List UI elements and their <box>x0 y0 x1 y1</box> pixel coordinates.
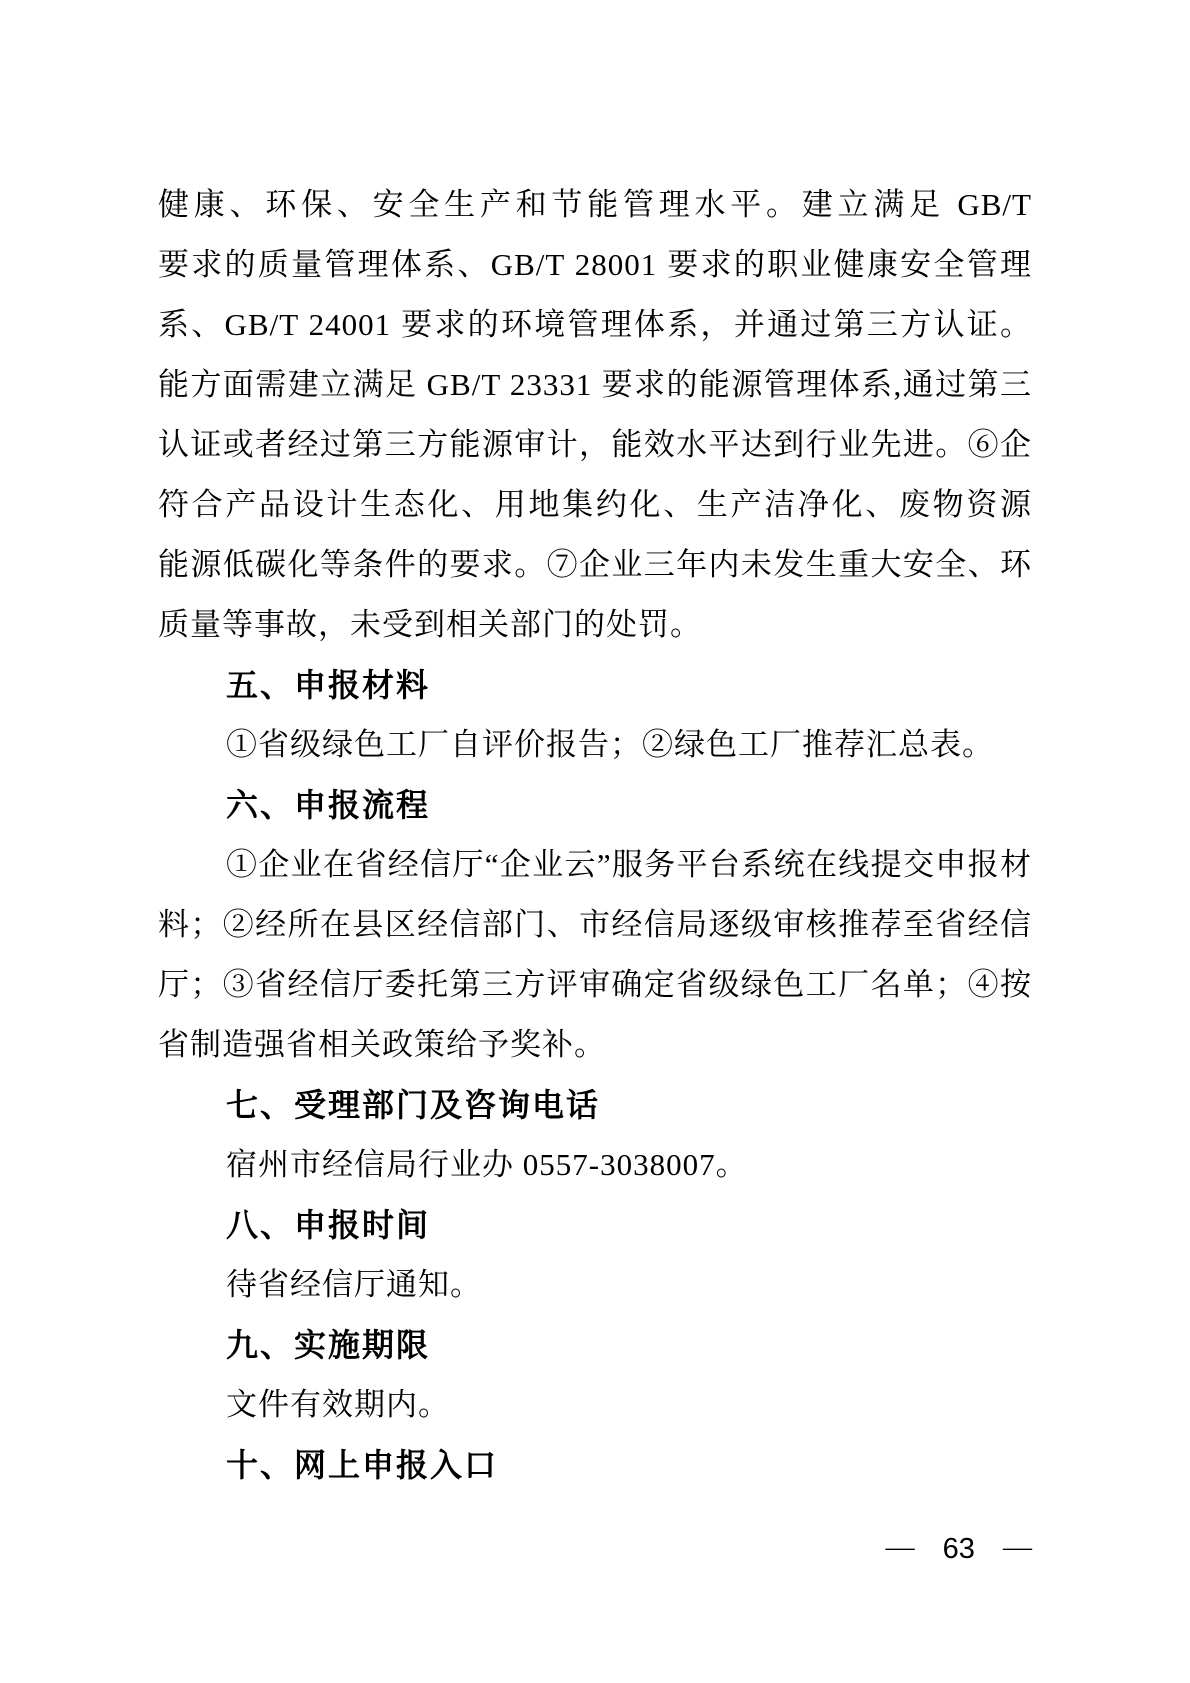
text-line: ①企业在省经信厅“企业云”服务平台系统在线提交申报材 <box>158 835 1032 895</box>
text-line: 健康、环保、安全生产和节能管理水平。建立满足 GB/T 19001 <box>158 175 1032 235</box>
text-line: 能源低碳化等条件的要求。⑦企业三年内未发生重大安全、环境、 <box>158 535 1032 595</box>
footer-dash-left: — <box>886 1531 915 1563</box>
section-heading: 六、申报流程 <box>158 775 1032 835</box>
section-heading: 十、网上申报入口 <box>158 1435 1032 1495</box>
text-line: 质量等事故，未受到相关部门的处罚。 <box>158 595 1032 655</box>
footer-dash-right: — <box>1003 1531 1032 1563</box>
text-line: 待省经信厅通知。 <box>158 1255 1032 1315</box>
text-line: 厅；③省经信厅委托第三方评审确定省级绿色工厂名单；④按 <box>158 955 1032 1015</box>
text-line: 省制造强省相关政策给予奖补。 <box>158 1015 1032 1075</box>
text-line: 能方面需建立满足 GB/T 23331 要求的能源管理体系,通过第三方 <box>158 355 1032 415</box>
section-heading: 九、实施期限 <box>158 1315 1032 1375</box>
page-number: 63 <box>943 1533 975 1565</box>
text-line: 料；②经所在县区经信部门、市经信局逐级审核推荐至省经信 <box>158 895 1032 955</box>
document-body: 健康、环保、安全生产和节能管理水平。建立满足 GB/T 19001要求的质量管理… <box>158 175 1032 1495</box>
text-line: 认证或者经过第三方能源审计，能效水平达到行业先进。⑥企业 <box>158 415 1032 475</box>
section-heading: 七、受理部门及咨询电话 <box>158 1075 1032 1135</box>
section-heading: 八、申报时间 <box>158 1195 1032 1255</box>
text-line: 文件有效期内。 <box>158 1375 1032 1435</box>
text-line: 宿州市经信局行业办 0557-3038007。 <box>158 1135 1032 1195</box>
document-page: 健康、环保、安全生产和节能管理水平。建立满足 GB/T 19001要求的质量管理… <box>0 0 1190 1683</box>
text-line: 系、GB/T 24001 要求的环境管理体系，并通过第三方认证。在节 <box>158 295 1032 355</box>
text-line: 要求的质量管理体系、GB/T 28001 要求的职业健康安全管理体 <box>158 235 1032 295</box>
text-line: 符合产品设计生态化、用地集约化、生产洁净化、废物资源化、 <box>158 475 1032 535</box>
page-footer: — 63 — <box>886 1530 1032 1568</box>
section-heading: 五、申报材料 <box>158 655 1032 715</box>
text-line: ①省级绿色工厂自评价报告；②绿色工厂推荐汇总表。 <box>158 715 1032 775</box>
